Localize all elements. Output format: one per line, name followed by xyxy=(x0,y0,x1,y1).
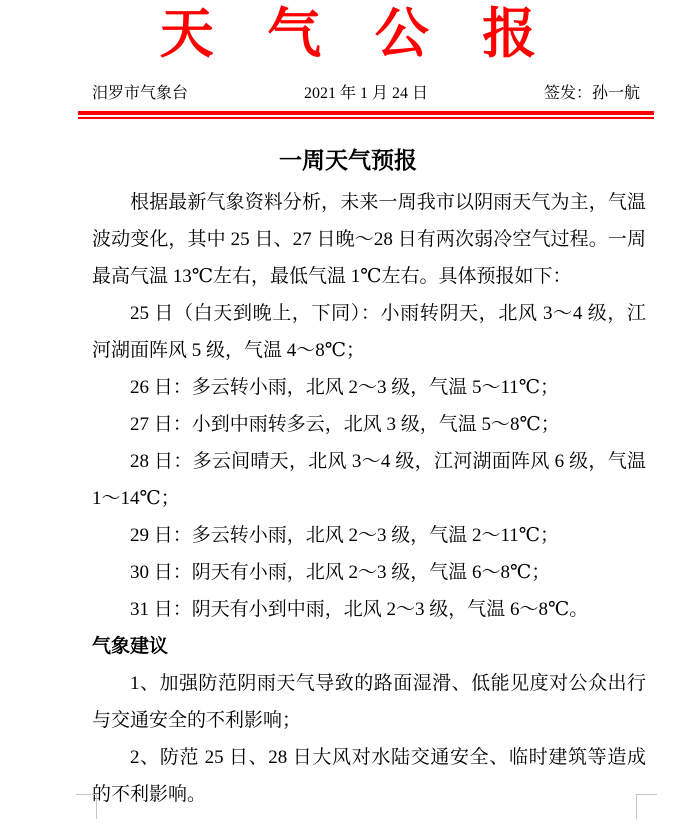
advice-item-2: 2、防范 25 日、28 日大风对水陆交通安全、临时建筑等造成的不利影响。 xyxy=(92,739,646,813)
advice-section-heading: 气象建议 xyxy=(92,628,646,665)
advice-item-1: 1、加强防范阴雨天气导致的路面湿滑、低能见度对公众出行与交通安全的不利影响； xyxy=(92,665,646,739)
issue-date: 2021 年 1 月 24 日 xyxy=(258,84,474,104)
weather-bulletin-page: 天 气 公 报 汨罗市气象台 2021 年 1 月 24 日 签发：孙一航 一周… xyxy=(0,0,696,827)
document-header-row: 汨罗市气象台 2021 年 1 月 24 日 签发：孙一航 xyxy=(92,84,640,104)
forecast-line-day26: 26 日：多云转小雨，北风 2～3 级，气温 5～11℃； xyxy=(92,369,646,406)
forecast-line-day27: 27 日：小到中雨转多云，北风 3 级，气温 5～8℃； xyxy=(92,406,646,443)
margin-crop-mark-bottom-right xyxy=(636,794,657,819)
intro-paragraph: 根据最新气象资料分析，未来一周我市以阴雨天气为主，气温波动变化，其中 25 日、… xyxy=(92,184,646,295)
forecast-line-day28: 28 日：多云间晴天，北风 3～4 级，江河湖面阵风 6 级，气温 1～14℃； xyxy=(92,443,646,517)
red-separator-thin-line xyxy=(78,117,654,119)
section-title: 一周天气预报 xyxy=(0,146,696,176)
document-body: 根据最新气象资料分析，未来一周我市以阴雨天气为主，气温波动变化，其中 25 日、… xyxy=(92,184,646,813)
document-title: 天 气 公 报 xyxy=(0,2,696,66)
signer-name: 签发：孙一航 xyxy=(474,84,640,104)
forecast-line-day25: 25 日（白天到晚上，下同）：小雨转阴天，北风 3～4 级，江河湖面阵风 5 级… xyxy=(92,295,646,369)
issuer-name: 汨罗市气象台 xyxy=(92,84,258,104)
forecast-line-day29: 29 日：多云转小雨，北风 2～3 级，气温 2～11℃； xyxy=(92,517,646,554)
forecast-line-day30: 30 日：阴天有小雨，北风 2～3 级，气温 6～8℃； xyxy=(92,554,646,591)
margin-crop-mark-bottom-left xyxy=(76,794,97,819)
red-separator-thick-line xyxy=(78,111,654,115)
forecast-line-day31: 31 日：阴天有小到中雨，北风 2～3 级，气温 6～8℃。 xyxy=(92,591,646,628)
